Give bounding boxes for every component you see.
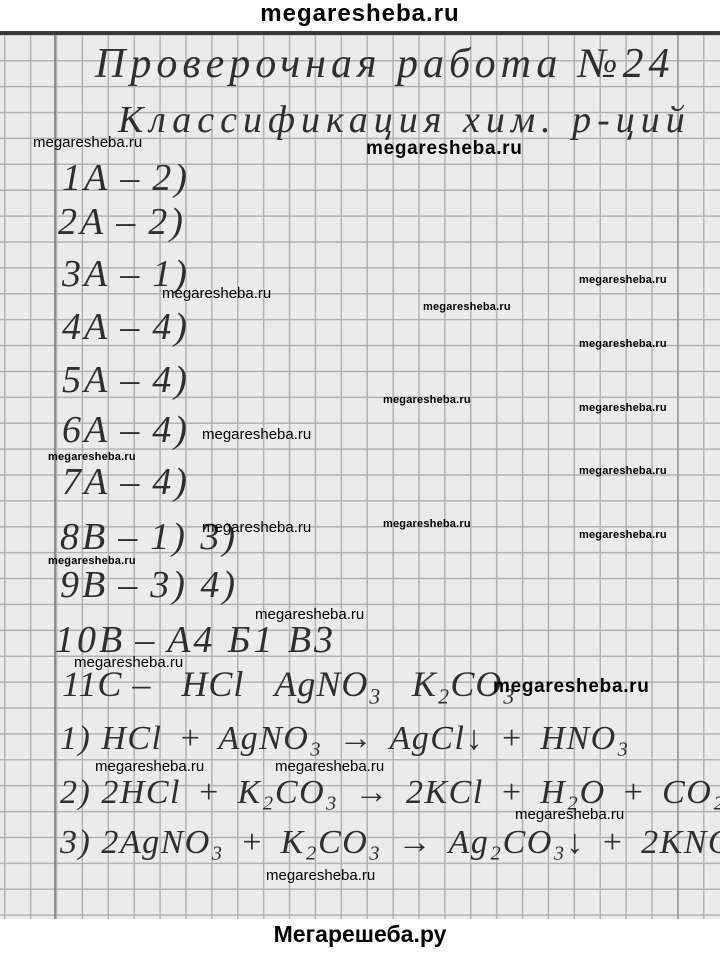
site-footer-watermark: Мегарешеба.ру — [0, 919, 720, 953]
watermark: megaresheba.ru — [202, 520, 311, 535]
equation: 2HCl + K₂CO₃ → 2KCl + H₂O + CO₂↑ — [101, 774, 720, 811]
watermark: megaresheba.ru — [202, 427, 311, 442]
watermark: megaresheba.ru — [579, 466, 667, 477]
question-number: 9В — [60, 564, 108, 606]
watermark: megaresheba.ru — [515, 807, 624, 822]
watermark: megaresheba.ru — [579, 403, 667, 414]
equation-row: 3)2AgNO₃ + K₂CO₃ → Ag₂CO₃↓ + 2KNO₃ — [60, 826, 720, 860]
part-c-row: 11С–HClAgNO₃K₂CO₃ — [62, 666, 516, 702]
watermark: megaresheba.ru — [95, 759, 204, 774]
answer-value: 4) — [152, 461, 190, 503]
site-header-watermark: megaresheba.ru — [0, 0, 720, 30]
substance: AgNO₃ — [274, 664, 382, 704]
answer-value: 4) — [152, 359, 190, 401]
substance: HCl — [181, 664, 244, 704]
question-number: 3А — [62, 253, 110, 295]
answer-value: А4 Б1 В3 — [167, 619, 336, 661]
answer-value: 2) — [152, 157, 190, 199]
question-number: 7А — [62, 461, 110, 503]
watermark: megaresheba.ru — [366, 139, 523, 158]
watermark: megaresheba.ru — [579, 339, 667, 350]
answer-row: 9В–3) 4) — [60, 566, 238, 604]
watermark: megaresheba.ru — [275, 759, 384, 774]
watermark: megaresheba.ru — [162, 286, 271, 301]
answer-value: 2) — [148, 201, 186, 243]
answer-row: 7А–4) — [62, 463, 190, 501]
dash: – — [118, 564, 140, 606]
watermark: megaresheba.ru — [423, 302, 511, 313]
question-number: 5А — [62, 359, 110, 401]
answer-row: 5А–4) — [62, 361, 190, 399]
answer-value: 3) 4) — [150, 564, 238, 606]
dash: – — [120, 359, 142, 401]
question-number: 1А — [62, 157, 110, 199]
question-number: 8В — [60, 516, 108, 558]
equation-number: 3) — [60, 824, 91, 861]
worksheet-title: Проверочная работа №24 — [95, 43, 675, 85]
margin-line — [54, 35, 56, 919]
watermark: megaresheba.ru — [266, 868, 375, 883]
dash: – — [120, 409, 142, 451]
dash: – — [120, 253, 142, 295]
equation-row: 2)2HCl + K₂CO₃ → 2KCl + H₂O + CO₂↑ — [60, 776, 720, 810]
answer-value: 4) — [152, 306, 190, 348]
equation-number: 1) — [60, 720, 91, 757]
answer-row: 6А–4) — [62, 411, 190, 449]
answer-row: 4А–4) — [62, 308, 190, 346]
watermark: megaresheba.ru — [48, 452, 136, 463]
answer-row: 2А–2) — [58, 203, 186, 241]
watermark: megaresheba.ru — [74, 655, 183, 670]
dash: – — [120, 461, 142, 503]
watermark: megaresheba.ru — [383, 395, 471, 406]
equation: 2AgNO₃ + K₂CO₃ → Ag₂CO₃↓ + 2KNO₃ — [101, 824, 720, 861]
watermark: megaresheba.ru — [579, 275, 667, 286]
dash: – — [120, 157, 142, 199]
worksheet-subtitle: Классификация хим. р-ций — [118, 101, 691, 139]
question-number: 2А — [58, 201, 106, 243]
watermark: megaresheba.ru — [493, 677, 650, 696]
watermark: megaresheba.ru — [33, 135, 142, 150]
question-number: 4А — [62, 306, 110, 348]
dash: – — [120, 306, 142, 348]
watermark: megaresheba.ru — [383, 519, 471, 530]
question-number: 6А — [62, 409, 110, 451]
answer-row: 1А–2) — [62, 159, 190, 197]
equation-row: 1)HCl + AgNO₃ → AgCl↓ + HNO₃ — [60, 722, 630, 756]
dash: – — [118, 516, 140, 558]
watermark: megaresheba.ru — [579, 530, 667, 541]
equation: HCl + AgNO₃ → AgCl↓ + HNO₃ — [101, 720, 630, 757]
dash: – — [116, 201, 138, 243]
answer-value: 4) — [152, 409, 190, 451]
watermark: megaresheba.ru — [255, 607, 364, 622]
equation-number: 2) — [60, 774, 91, 811]
watermark: megaresheba.ru — [48, 556, 136, 567]
